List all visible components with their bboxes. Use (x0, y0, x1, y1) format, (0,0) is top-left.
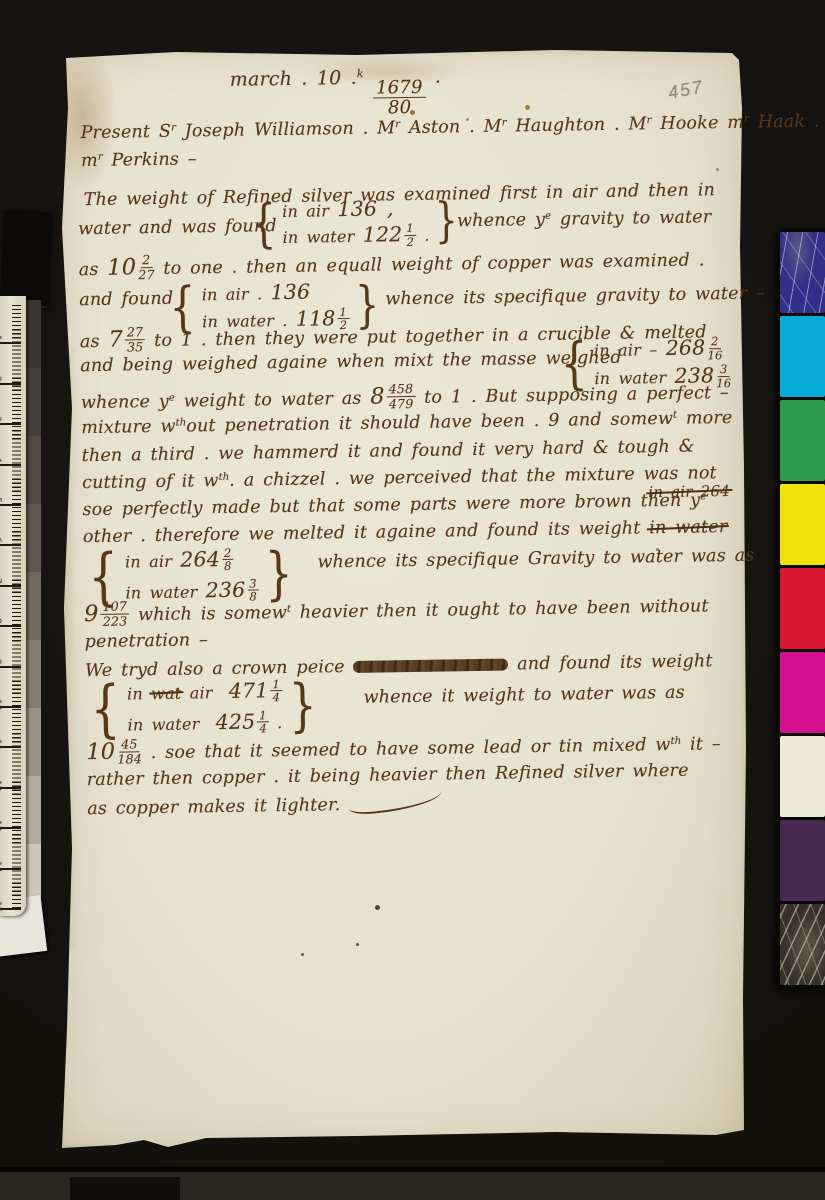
manuscript-line: soe perfectly made but that some parts w… (82, 490, 706, 522)
color-patch-cream-white (780, 736, 825, 817)
color-patch-cyan (780, 316, 825, 397)
color-patch-dark-purple (780, 820, 825, 901)
manuscript-line: rather then copper . it being heavier th… (87, 761, 689, 792)
color-calibration-bar (776, 228, 825, 992)
manuscript-line: as copper makes it lighter. (87, 793, 444, 821)
color-patch-red (780, 568, 825, 649)
ruler-cm-number: 14 (0, 861, 2, 873)
manuscript-line: cutting of it wth. a chizzel . we percei… (82, 463, 717, 495)
manuscript-line: whence it weight to water was as (363, 683, 685, 710)
manuscript-line: Present Sr Joseph Williamson . Mr Aston … (80, 112, 820, 145)
color-patch-navy-blue (780, 232, 825, 313)
ruler-cm-number: 13 (0, 820, 2, 832)
manuscript-line: penetration – (84, 630, 208, 654)
ruler-cm-number: 15 (0, 901, 2, 913)
manuscript-line: mr Perkins – (81, 149, 197, 173)
manuscript-line: and found (79, 289, 173, 312)
manuscript-line: whence ye gravity to water (457, 207, 712, 233)
manuscript-line: march . 10 .k 167980 . (230, 65, 442, 120)
color-patch-magenta (780, 652, 825, 733)
color-patch-yellow (780, 484, 825, 565)
manuscript-line: in air 264 (648, 482, 730, 502)
handwritten-text-layer: 457 march . 10 .k 167980 .Present Sr Jos… (0, 0, 825, 1200)
photographed-manuscript: 123456789101112131415 457 march . 10 .k … (0, 0, 825, 1200)
color-patch-green (780, 400, 825, 481)
manuscript-line: whence its specifique gravity to water – (385, 283, 765, 311)
color-patch-scratched-black (780, 904, 825, 985)
manuscript-line: whence its specifique Gravity to water w… (317, 546, 754, 575)
folio-number: 457 (666, 76, 705, 103)
manuscript-line: then a third . we hammerd it and found i… (82, 437, 695, 468)
ruler-cm-number: 12 (0, 780, 2, 792)
measurement-brace: {in air 136 ,in water 12212 .} (247, 195, 463, 250)
measurement-brace: {in wat air 47114in water 42514 .} (85, 674, 321, 740)
